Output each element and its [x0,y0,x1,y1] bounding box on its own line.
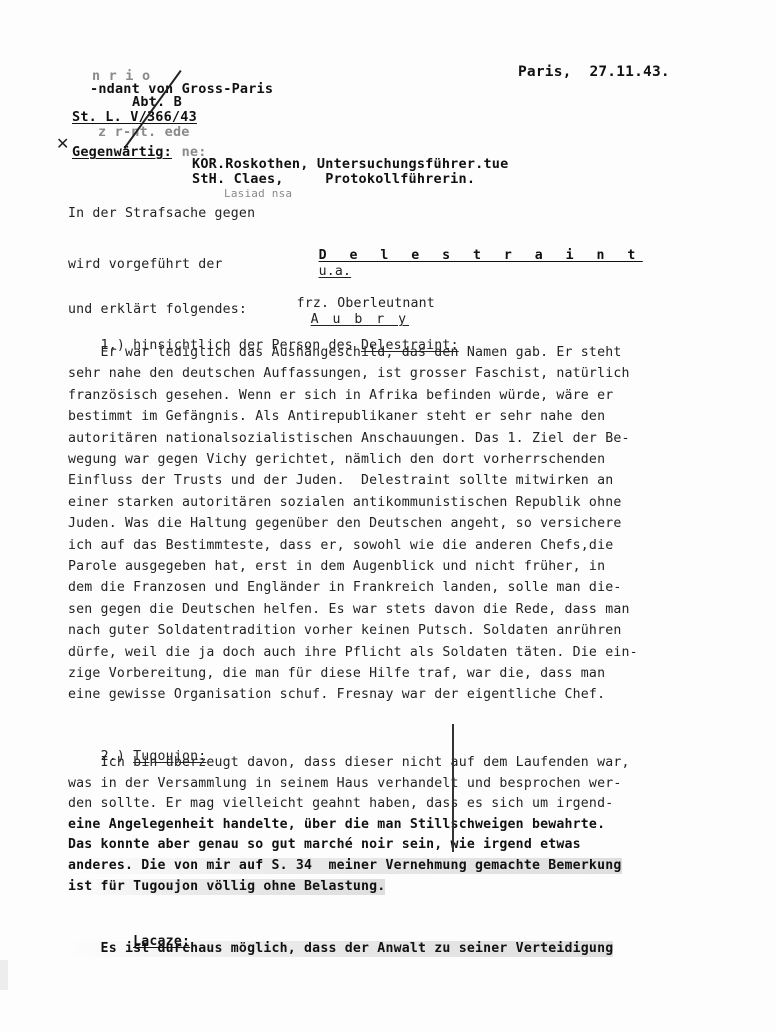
text-line: sehr nahe den deutschen Auffassungen, is… [68,366,630,382]
text-line: was in der Versammlung in seinem Haus ve… [68,776,622,792]
scan-edge [0,960,8,990]
text-line: Es ist durchaus möglich, dass der Anwalt… [68,941,613,957]
presented-line: wird vorgeführt der [68,257,223,273]
text-line: wegung war gegen Vichy gerichtet, nämlic… [68,452,605,468]
text-line: einer starken autoritären sozialen antik… [68,495,622,511]
text-line: zige Vorbereitung, die man für diese Hil… [68,666,605,682]
text-line: eine gewisse Organisation schuf. Fresnay… [68,687,605,703]
defendant-suffix: u.a. [319,264,352,279]
text-line: Einfluss der Trusts und der Juden. Deles… [68,473,613,489]
present-recorder: StH. Claes, Protokollführerin. [192,171,475,187]
text-line: französisch gesehen. Wenn er sich in Afr… [68,388,613,404]
text-line: dem die Franzosen und Engländer in Frank… [68,580,622,596]
file-reference: St. L. V/366/43 [72,109,197,125]
present-investigator: KOR.Roskothen, Untersuchungsführer.tue [192,156,508,172]
text-line: anderes. Die von mir auf S. 34 meiner Ve… [68,858,622,874]
text-line: Parole ausgegeben hat, erst in dem Augen… [68,559,605,575]
text-line: ich auf das Bestimmteste, dass er, sowoh… [68,538,613,554]
text-line: eine Angelegenheit handelte, über die ma… [68,817,605,833]
text-line: dürfe, weil die ja doch auch ihre Pflich… [68,645,638,661]
text-line: bestimmt im Gefängnis. Als Antirepublika… [68,409,605,425]
present-label-row: Gegenwärtig: ne: [72,141,207,160]
text-line: autoritären nationalsozialistischen Ansc… [68,431,630,447]
faint-line: Lasiad nsa [224,186,292,202]
place-date: Paris, 27.11.43. [518,64,670,80]
text-line: Juden. Was die Haltung gegenüber den Deu… [68,516,622,532]
margin-rule [452,724,454,852]
present-label: Gegenwärtig: [72,144,172,160]
declares-line: und erklärt folgendes: [68,302,247,318]
case-intro: In der Strafsache gegen [68,206,255,222]
text-line: ist für Tugoujon völlig ohne Belastung. [68,879,385,895]
witness-title: frz. Oberleutnant [297,296,435,311]
text-line: nach guter Soldatentradition vorher kein… [68,623,622,639]
text-line: sen gegen die Deutschen helfen. Es war s… [68,602,630,618]
office-line-5: z r-nt. ede [98,124,190,140]
document-page: n r i o -ndant von Gross-Paris Abt. B St… [0,0,776,1032]
x-mark-icon: ✕ [56,134,69,153]
defendant-name: D e l e s t r a i n t [319,248,643,263]
text-line: Ich bin überzeugt davon, dass dieser nic… [68,755,630,771]
text-line: Er war lediglich das Aushängeschild, das… [68,345,622,361]
text-line: den sollte. Er mag vielleicht geahnt hab… [68,796,613,812]
text-line: Das konnte aber genau so gut marché noir… [68,837,581,853]
